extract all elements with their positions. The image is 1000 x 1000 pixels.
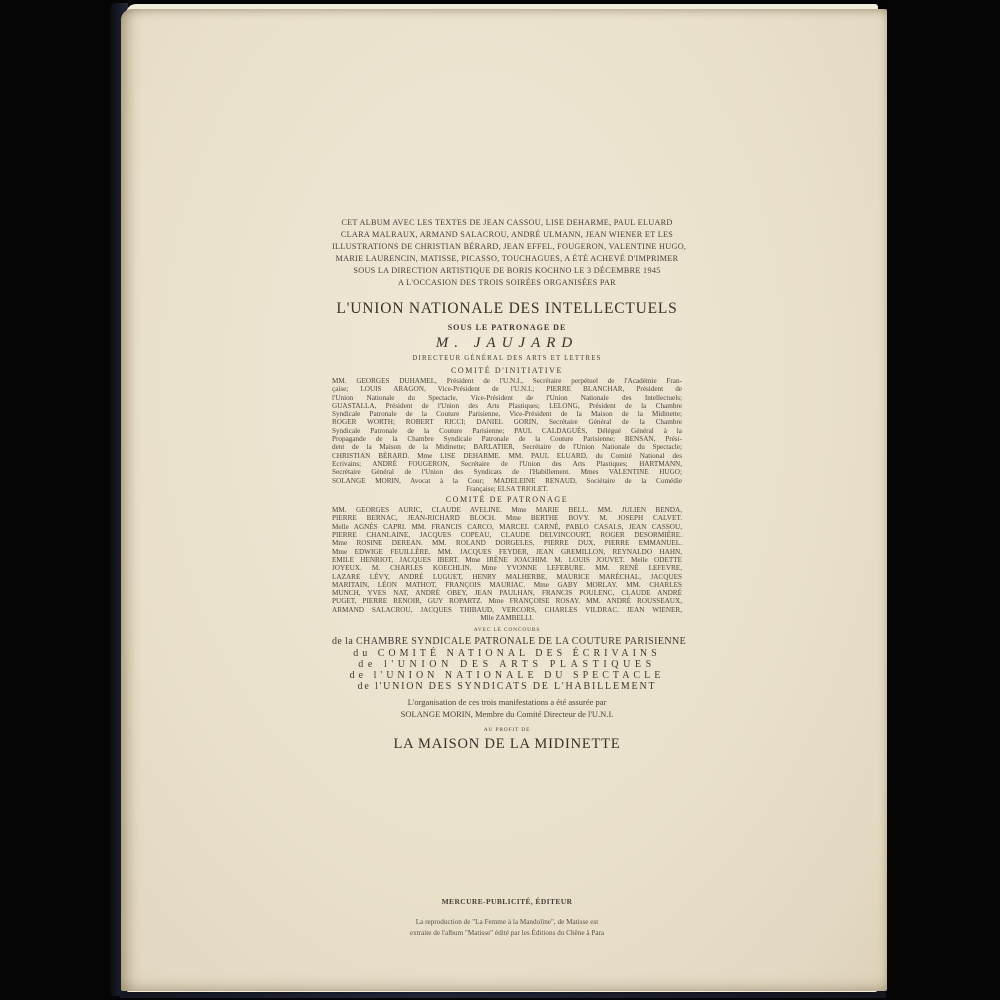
comite-patronage-list: MM. GEORGES AURIC, CLAUDE AVELINE. Mme M… <box>332 506 682 622</box>
committee-line: Mme ROSINE DEREAN. MM. ROLAND DORGELES, … <box>332 539 682 547</box>
committee-line: Française; ELSA TRIOLET. <box>332 485 682 493</box>
committee-line: dent de la Maison de la Midinette; BARLA… <box>332 443 682 451</box>
committee-line: PIERRE CHANLAINE, JACQUES COPEAU, CLAUDE… <box>332 531 682 539</box>
album-colophon-page: CET ALBUM AVEC LES TEXTES DE JEAN CASSOU… <box>121 9 887 991</box>
committee-line: ROGER WORTH; ROBERT RICCI; DANIEL GORIN,… <box>332 418 682 426</box>
publisher-line: MERCURE-PUBLICITÉ, ÉDITEUR <box>332 897 682 906</box>
committee-line: Mlle ZAMBELLI. <box>332 614 682 622</box>
patronage-intro: SOUS LE PATRONAGE DE <box>332 323 682 333</box>
committee-line: CHRISTIAN BÉRARD. Mme LISE DEHARME. MM. … <box>332 452 682 460</box>
committee-line: Mme EDWIGE FEUILLÈRE. MM. JACQUES FEYDER… <box>332 548 682 556</box>
committee-line: Syndicale Patronale de la Couture Parisi… <box>332 410 682 418</box>
profit-heading: AU PROFIT DE <box>332 726 682 734</box>
comite-initiative-heading: COMITÉ D'INITIATIVE <box>332 366 682 375</box>
intro-line: CET ALBUM AVEC LES TEXTES DE JEAN CASSOU… <box>332 217 682 229</box>
intro-block: CET ALBUM AVEC LES TEXTES DE JEAN CASSOU… <box>332 217 682 289</box>
organisation-note: L'organisation de ces trois manifestatio… <box>332 697 682 720</box>
intro-line: SOUS LA DIRECTION ARTISTIQUE DE BORIS KO… <box>332 265 682 277</box>
committee-line: MM. GEORGES AURIC, CLAUDE AVELINE. Mme M… <box>332 506 682 514</box>
concours-line: de l'UNION DES SYNDICATS DE L'HABILLEMEN… <box>332 681 682 692</box>
concours-line: de la CHAMBRE SYNDICALE PATRONALE DE LA … <box>332 636 682 647</box>
patron-name: M. JAUJARD <box>332 335 682 352</box>
photo-backdrop: CET ALBUM AVEC LES TEXTES DE JEAN CASSOU… <box>0 0 1000 1000</box>
committee-line: PIERRE BERNAC, JEAN-RICHARD BLOCH. Mme B… <box>332 514 682 522</box>
concours-list: de la CHAMBRE SYNDICALE PATRONALE DE LA … <box>332 636 682 692</box>
committee-line: Syndicale Patronale de la Couture Parisi… <box>332 427 682 435</box>
concours-line: de l'UNION NATIONALE DU SPECTACLE <box>332 670 682 681</box>
committee-line: GUASTALLA, Président de l'Union des Arts… <box>332 402 682 410</box>
committee-line: ARMAND SALACROU, JACQUES THIBAUD, VERCOR… <box>332 606 682 614</box>
organisation-line: SOLANGE MORIN, Membre du Comité Directeu… <box>332 709 682 721</box>
concours-line: du COMITÉ NATIONAL DES ÉCRIVAINS <box>332 648 682 659</box>
committee-line: Ecrivains; ANDRÉ FOUGERON, Secrétaire de… <box>332 460 682 468</box>
deckle-edge <box>121 9 135 991</box>
intro-line: MARIE LAURENCIN, MATISSE, PICASSO, TOUCH… <box>332 253 682 265</box>
committee-line: MM. GEORGES DUHAMEL, Président de l'U.N.… <box>332 377 682 385</box>
credit-line: extraite de l'album "Matisse" édité par … <box>332 928 682 939</box>
credit-line: La reproduction de "La Femme à la Mandol… <box>332 917 682 928</box>
committee-line: JOYEUX. M. CHARLES KOECHLIN. Mme YVONNE … <box>332 564 682 572</box>
credit-note: La reproduction de "La Femme à la Mandol… <box>332 917 682 938</box>
committee-line: Propagande de la Chambre Syndicale Patro… <box>332 435 682 443</box>
committee-line: PUGET, PIERRE RENOIR, GUY ROPARTZ. Mme F… <box>332 597 682 605</box>
committee-line: Secrétaire Général de l'Union des Syndic… <box>332 468 682 476</box>
committee-line: l'Union Nationale du Spectacle, Vice-Pré… <box>332 394 682 402</box>
concours-line: de l'UNION DES ARTS PLASTIQUES <box>332 659 682 670</box>
page-title: L'UNION NATIONALE DES INTELLECTUELS <box>332 300 682 318</box>
comite-initiative-list: MM. GEORGES DUHAMEL, Président de l'U.N.… <box>332 377 682 493</box>
beneficiary-name: LA MAISON DE LA MIDINETTE <box>332 735 682 753</box>
committee-line: MARITAIN, LÉON MATHOT, FRANÇOIS MAURIAC.… <box>332 581 682 589</box>
organisation-line: L'organisation de ces trois manifestatio… <box>332 697 682 709</box>
committee-line: LAZARE LÉVY, ANDRÉ LUGUET, HENRY MALHERB… <box>332 573 682 581</box>
patron-role: DIRECTEUR GÉNÉRAL DES ARTS ET LETTRES <box>332 354 682 363</box>
colophon-column: CET ALBUM AVEC LES TEXTES DE JEAN CASSOU… <box>332 9 682 753</box>
committee-line: EMILE HENRIOT, JACQUES IBERT. Mme IRÈNE … <box>332 556 682 564</box>
comite-patronage-heading: COMITÉ DE PATRONAGE <box>332 495 682 504</box>
intro-line: CLARA MALRAUX, ARMAND SALACROU, ANDRÉ UL… <box>332 229 682 241</box>
committee-line: çaise; LOUIS ARAGON, Vice-Président de l… <box>332 385 682 393</box>
committee-line: SOLANGE MORIN, Avocat à la Cour; MADELEI… <box>332 477 682 485</box>
committee-line: Melle AGNÈS CAPRI. MM. FRANCIS CARCO, MA… <box>332 523 682 531</box>
intro-line: A L'OCCASION DES TROIS SOIRÉES ORGANISÉE… <box>332 277 682 289</box>
concours-heading: AVEC LE CONCOURS <box>332 627 682 634</box>
intro-line: ILLUSTRATIONS DE CHRISTIAN BÉRARD, JEAN … <box>332 241 682 253</box>
